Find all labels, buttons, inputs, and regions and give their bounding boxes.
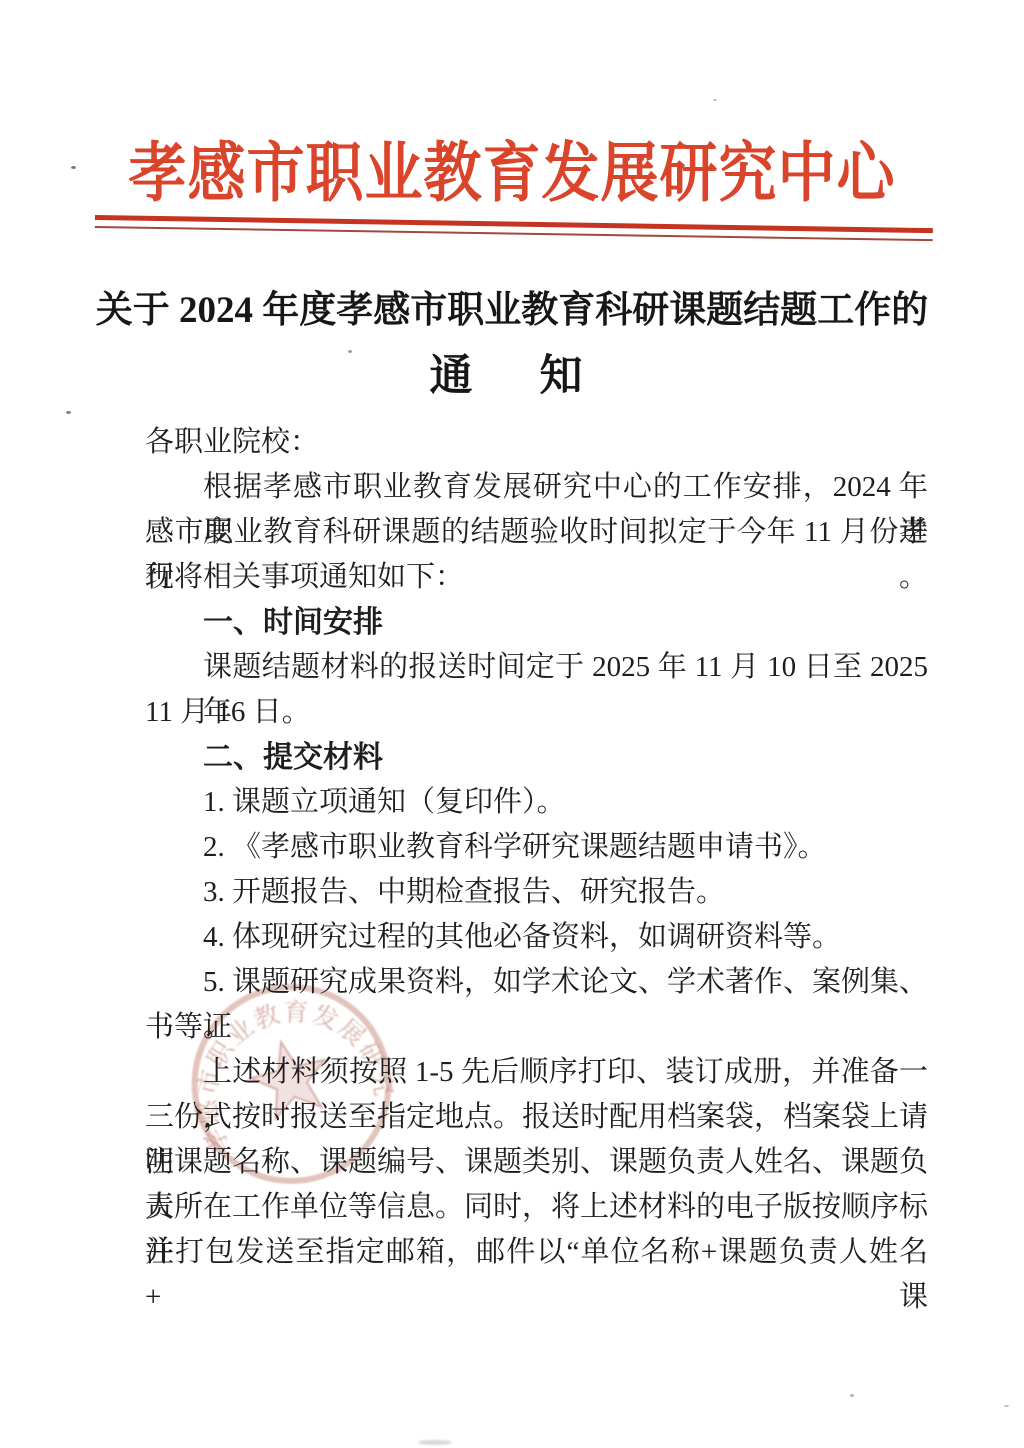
body-line: 明课题名称、课题编号、课题类别、课题负责人姓名、课题负责 bbox=[145, 1140, 928, 1185]
scan-speck bbox=[71, 166, 76, 169]
body-line: 课题结题材料的报送时间定于 2025 年 11 月 10 日至 2025 年 bbox=[145, 645, 928, 690]
notice-title-line1: 关于 2024 年度孝感市职业教育科研课题结题工作的 bbox=[0, 279, 1024, 333]
scan-speck bbox=[348, 350, 352, 353]
body-line: 上述材料须按照 1-5 先后顺序打印、装订成册，并准备一式 bbox=[145, 1050, 928, 1095]
body-line: 11 月 16 日。 bbox=[145, 690, 928, 735]
body-line: 三份，按时报送至指定地点。报送时配用档案袋，档案袋上请注 bbox=[145, 1095, 928, 1140]
header-rule bbox=[95, 215, 933, 241]
section-heading-2: 二、提交材料 bbox=[145, 735, 928, 780]
list-item-4: 4. 体现研究过程的其他必备资料，如调研资料等。 bbox=[145, 915, 928, 960]
letterhead: 孝感市职业教育发展研究中心 bbox=[0, 120, 1024, 214]
document-page: 孝感市职业教育发展研究中心 关于 2024 年度孝感市职业教育科研课题结题工作的… bbox=[0, 0, 1024, 1448]
list-item-3: 3. 开题报告、中期检查报告、研究报告。 bbox=[145, 870, 928, 915]
scan-speck bbox=[713, 99, 717, 101]
scan-speck bbox=[850, 1394, 854, 1397]
body-line: 人所在工作单位等信息。同时，将上述材料的电子版按顺序标注 bbox=[145, 1185, 928, 1230]
header-rule-thick bbox=[95, 215, 933, 233]
section-heading-1: 一、时间安排 bbox=[145, 600, 928, 645]
body-line: 并打包发送至指定邮箱，邮件以“单位名称+课题负责人姓名+课 bbox=[145, 1230, 928, 1275]
scan-speck bbox=[1004, 1405, 1009, 1407]
scan-smudge bbox=[418, 1440, 452, 1445]
list-item-2: 2. 《孝感市职业教育科学研究课题结题申请书》。 bbox=[145, 825, 928, 870]
body-line: 感市职业教育科研课题的结题验收时间拟定于今年 11 月份进行。 bbox=[145, 510, 928, 555]
body-line-salutation: 各职业院校： bbox=[145, 420, 928, 465]
list-item-1: 1. 课题立项通知（复印件）。 bbox=[145, 780, 928, 825]
scan-speck bbox=[66, 411, 71, 414]
body-line: 根据孝感市职业教育发展研究中心的工作安排，2024 年度孝 bbox=[145, 465, 928, 510]
notice-title: 关于 2024 年度孝感市职业教育科研课题结题工作的 通 知 bbox=[0, 279, 1024, 403]
notice-body: 各职业院校： 根据孝感市职业教育发展研究中心的工作安排，2024 年度孝 感市职… bbox=[145, 420, 928, 1275]
notice-title-line2: 通 知 bbox=[0, 342, 1024, 403]
list-item-5: 5. 课题研究成果资料，如学术论文、学术著作、案例集、证 bbox=[145, 960, 928, 1005]
body-line: 书等。 bbox=[145, 1005, 928, 1050]
